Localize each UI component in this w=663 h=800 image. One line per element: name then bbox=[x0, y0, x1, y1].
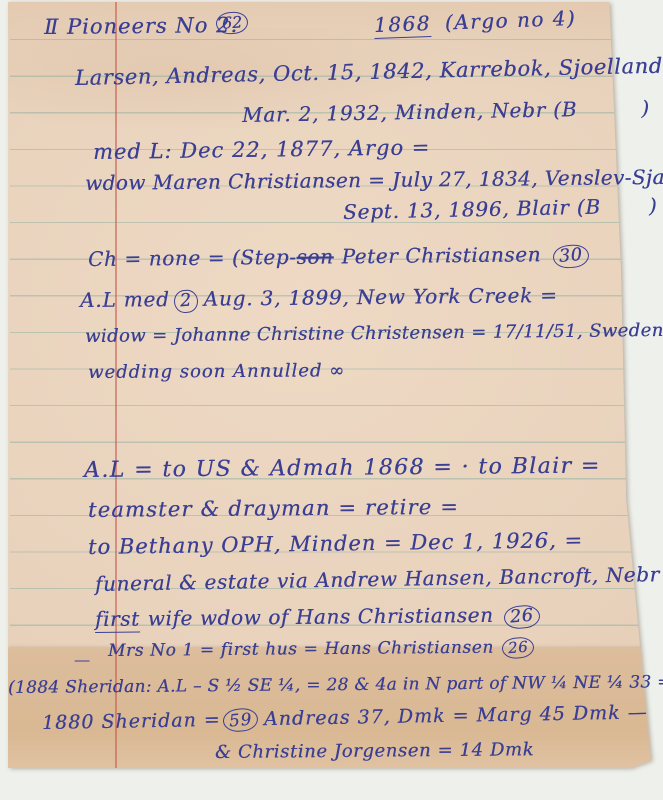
line-marriage-2: A.L med2Aug. 3, 1899, New York Creek = bbox=[80, 283, 558, 314]
circled-number: 30 bbox=[552, 244, 589, 270]
line-wife-2: widow = Johanne Christine Christensen = … bbox=[85, 320, 663, 347]
text-segment: Mrs No 1 = first hus = Hans Christiansen bbox=[108, 638, 494, 661]
text-segment: A.L med bbox=[80, 287, 170, 312]
header-year: 1868(Argo no 4) bbox=[374, 6, 577, 37]
circled-number: 26 bbox=[501, 636, 535, 659]
text-segment: first bbox=[95, 607, 140, 633]
line-children: Ch = none = (Step-sonPeter Christiansen3… bbox=[88, 242, 589, 273]
line-immigration: A.L = to US & Admah 1868 = · to Blair = bbox=[84, 453, 601, 483]
text-segment: — bbox=[74, 650, 90, 669]
circled-number: 2 bbox=[173, 289, 199, 314]
circled-number: 59 bbox=[222, 707, 259, 733]
line-annulment: wedding soon Annulled ∞ bbox=[88, 360, 345, 383]
text-segment: (Argo no 4) bbox=[444, 6, 576, 35]
text-segment: A.L = to US & Admah 1868 = · to Blair = bbox=[84, 453, 601, 483]
text-segment: wedding soon Annulled ∞ bbox=[88, 360, 345, 383]
handwriting-layer: Ⅱ Pioneers No 2.621868(Argo no 4)Larsen,… bbox=[0, 0, 663, 800]
line-1880-census-2: & Christine Jorgensen = 14 Dmk bbox=[215, 739, 534, 763]
line-funeral-estate: funeral & estate via Andrew Hansen, Banc… bbox=[95, 562, 660, 596]
line-wife-1-death: Sept. 13, 1896, Blair (B) bbox=[343, 193, 658, 224]
line-first-wife-note: firstwife wdow of Hans Christiansen26 bbox=[95, 602, 539, 633]
scanned-page: Ⅱ Pioneers No 2.621868(Argo no 4)Larsen,… bbox=[0, 0, 663, 800]
text-segment: Andreas 37, Dmk = Marg 45 Dmk — bbox=[264, 701, 648, 730]
line-wife-1: wdow Maren Christiansen = July 27, 1834,… bbox=[85, 165, 663, 195]
header-title: Ⅱ Pioneers No 2. bbox=[44, 13, 238, 39]
text-segment: med L: Dec 22, 1877, Argo = bbox=[93, 135, 431, 164]
text-segment: to Bethany OPH, Minden = Dec 1, 1926, = bbox=[88, 528, 583, 559]
text-segment: (1884 Sheridan: A.L – S ½ SE ¼, = 28 & 4… bbox=[8, 672, 663, 698]
text-segment: widow = Johanne Christine Christensen = … bbox=[85, 320, 663, 347]
header-entry-number: 62 bbox=[216, 12, 248, 34]
line-marriage-1: med L: Dec 22, 1877, Argo = bbox=[93, 135, 431, 164]
line-mrs-no1: Mrs No 1 = first hus = Hans Christiansen… bbox=[108, 637, 534, 662]
text-segment: 1880 Sheridan = bbox=[42, 709, 221, 734]
text-segment: Peter Christiansen bbox=[341, 242, 541, 268]
text-segment: Ⅱ Pioneers No 2. bbox=[44, 13, 238, 39]
text-segment: Ch = none = (Step- bbox=[88, 245, 297, 271]
line-mrs-no1-dash: — bbox=[74, 650, 90, 669]
text-segment: son bbox=[296, 244, 333, 268]
line-occupation: teamster & drayman = retire = bbox=[88, 495, 459, 522]
text-segment: teamster & drayman = retire = bbox=[88, 495, 459, 522]
line-bethany-home: to Bethany OPH, Minden = Dec 1, 1926, = bbox=[88, 528, 583, 559]
text-segment: ) bbox=[641, 96, 650, 120]
text-segment: Sept. 13, 1896, Blair (B bbox=[343, 195, 601, 224]
text-segment: & Christine Jorgensen = 14 Dmk bbox=[215, 739, 534, 763]
text-segment: Mar. 2, 1932, Minden, Nebr (B bbox=[242, 97, 578, 127]
line-1880-census: 1880 Sheridan =59Andreas 37, Dmk = Marg … bbox=[42, 701, 648, 735]
text-segment: Aug. 3, 1899, New York Creek = bbox=[204, 283, 558, 311]
text-segment: 1868 bbox=[374, 11, 432, 39]
text-segment: funeral & estate via Andrew Hansen, Banc… bbox=[95, 562, 660, 596]
text-segment: Larsen, Andreas, Oct. 15, 1842, Karrebok… bbox=[75, 54, 663, 90]
line-name-birth: Larsen, Andreas, Oct. 15, 1842, Karrebok… bbox=[75, 54, 663, 90]
line-death: Mar. 2, 1932, Minden, Nebr (B) bbox=[242, 96, 650, 127]
line-1884-census: (1884 Sheridan: A.L – S ½ SE ¼, = 28 & 4… bbox=[8, 672, 663, 698]
circled-number: 26 bbox=[503, 604, 540, 630]
text-segment: ) bbox=[649, 193, 658, 217]
circled-number: 62 bbox=[215, 11, 249, 35]
text-segment: wife wdow of Hans Christiansen bbox=[148, 603, 494, 631]
text-segment: wdow Maren Christiansen = July 27, 1834,… bbox=[85, 165, 663, 195]
